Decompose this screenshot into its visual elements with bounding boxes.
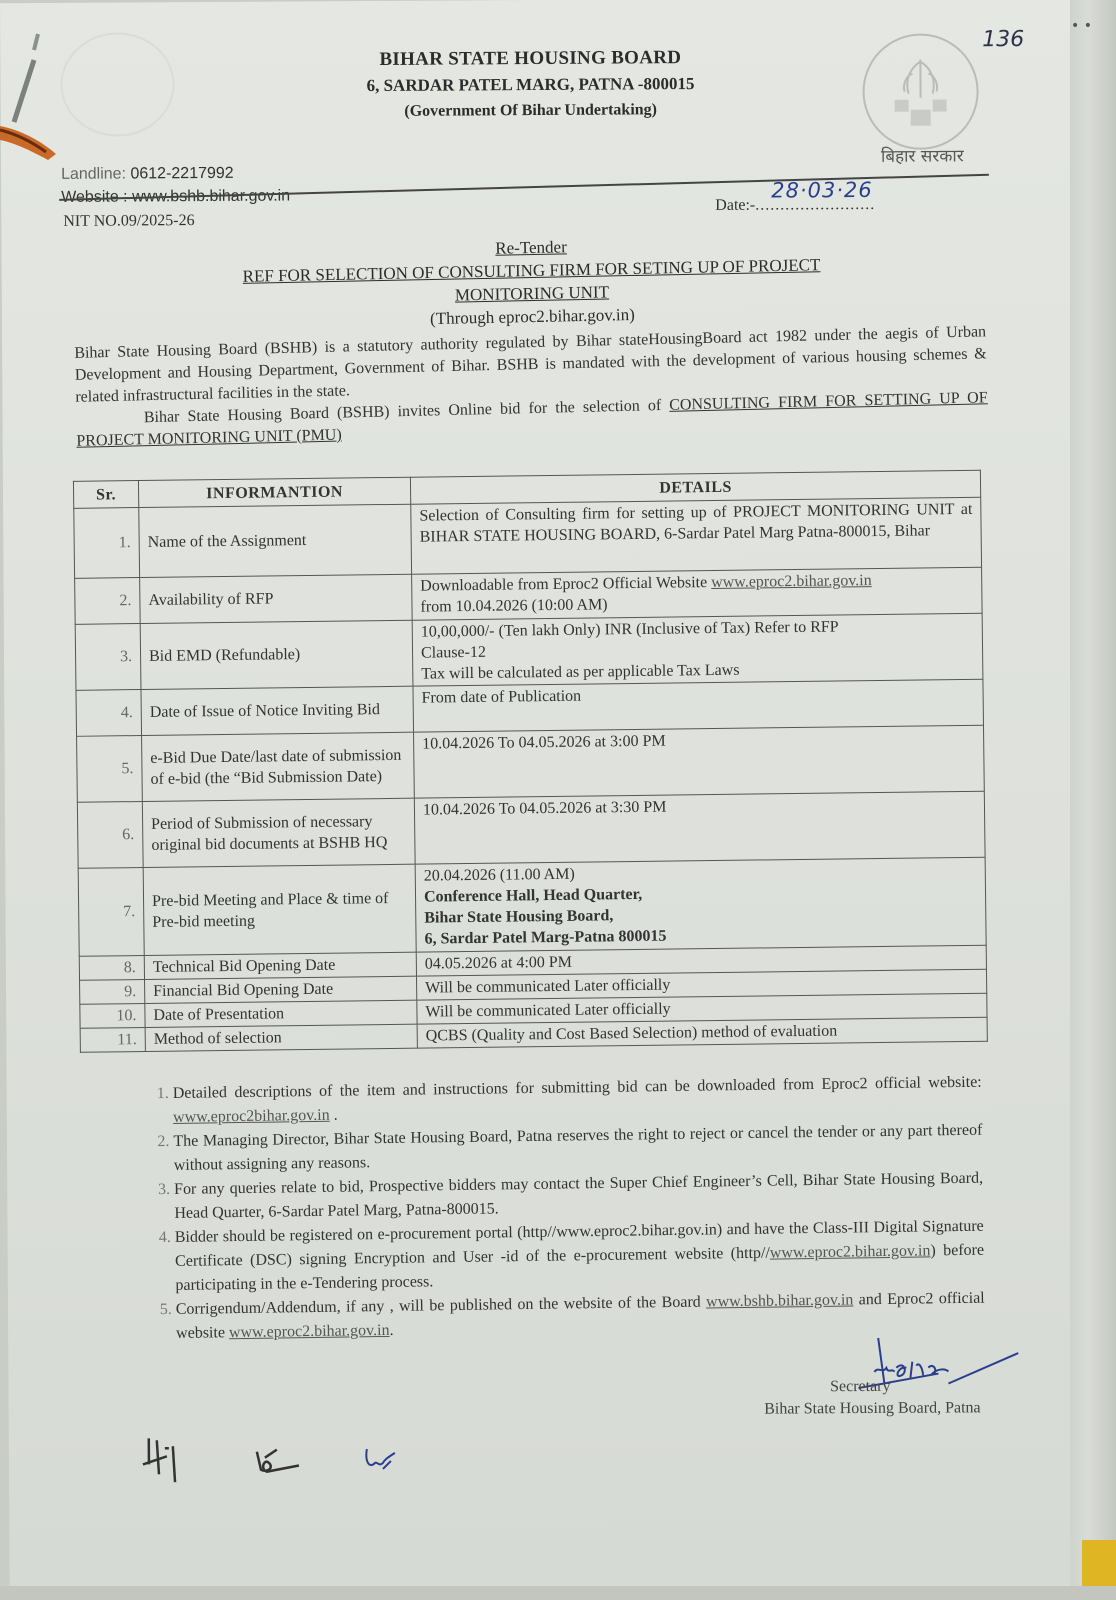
organization-address: 6, SARDAR PATEL MARG, PATNA -800015 — [330, 71, 730, 99]
table-row: 5. e-Bid Due Date/last date of submissio… — [77, 725, 985, 802]
eproc-link[interactable]: www.eproc2.bihar.gov.in — [711, 572, 872, 591]
row-sr: 5. — [77, 736, 143, 803]
organization-name: BIHAR STATE HOUSING BOARD — [330, 45, 730, 73]
row-info: Bid EMD (Refundable) — [140, 620, 413, 689]
row-info: Name of the Assignment — [139, 504, 412, 577]
row-details: 10,00,000/- (Ten lakh Only) INR (Inclusi… — [412, 613, 983, 686]
contact-info: Landline: 0612-2217992 Website : www.bsh… — [61, 162, 290, 209]
nit-number: NIT NO.09/2025-26 — [63, 212, 194, 231]
row-sr: 11. — [80, 1027, 145, 1052]
row-info: Financial Bid Opening Date — [145, 976, 417, 1003]
row-details: 20.04.2026 (11.00 AM) Conference Hall, H… — [415, 857, 986, 952]
row-sr: 7. — [78, 868, 144, 957]
note-suffix: . — [330, 1107, 338, 1124]
bottom-edge — [0, 1586, 1116, 1600]
tender-title: Re-Tender REF FOR SELECTION OF CONSULTIN… — [181, 229, 883, 335]
government-undertaking: (Government Of Bihar Undertaking) — [331, 97, 731, 125]
row-sr: 6. — [77, 802, 143, 869]
document-page: BIHAR STATE HOUSING BOARD 6, SARDAR PATE… — [0, 0, 1080, 1600]
rfp-availability-date: from 10.04.2026 (10:00 AM) — [420, 596, 607, 615]
row-details: From date of Publication — [413, 679, 984, 732]
note-link-2[interactable]: www.eproc2.bihar.gov.in — [229, 1322, 390, 1341]
handwritten-initials-icon — [139, 1433, 439, 1495]
terms-notes: Detailed descriptions of the item and in… — [137, 1071, 986, 1347]
row-sr: 2. — [75, 578, 141, 625]
table-row: 7. Pre-bid Meeting and Place & time of P… — [78, 857, 986, 956]
table-row: 1. Name of the Assignment Selection of C… — [74, 497, 982, 578]
row-info: Method of selection — [145, 1024, 417, 1051]
row-details: Downloadable from Eproc2 Official Websit… — [412, 567, 983, 620]
note-text: Corrigendum/Addendum, if any , will be p… — [176, 1294, 707, 1318]
note-link[interactable]: www.eproc2bihar.gov.in — [173, 1107, 330, 1126]
row-details: 10.04.2026 To 04.05.2026 at 3:30 PM — [414, 791, 985, 864]
note-text: The Managing Director, Bihar State Housi… — [173, 1122, 982, 1174]
row-info: Pre-bid Meeting and Place & time of Pre-… — [143, 864, 416, 955]
date-label: Date:- — [715, 197, 755, 214]
header-sr: Sr. — [73, 481, 138, 509]
row-sr: 1. — [74, 508, 140, 579]
header-information: INFORMANTION — [138, 477, 410, 507]
signatory-block: Secretary Bihar State Housing Board, Pat… — [720, 1375, 980, 1421]
handwritten-page-number: 136 — [982, 27, 1024, 52]
letterhead: BIHAR STATE HOUSING BOARD 6, SARDAR PATE… — [330, 45, 730, 125]
row-sr: 4. — [76, 690, 142, 737]
note-text: For any queries relate to bid, Prospecti… — [174, 1170, 983, 1222]
landline-row: Landline: 0612-2217992 — [61, 162, 290, 186]
emblem-caption: बिहार सरकार — [881, 143, 964, 167]
rfp-details-text: Downloadable from Eproc2 Official Websit… — [420, 574, 711, 595]
row-info: Availability of RFP — [140, 574, 413, 623]
row-info: Technical Bid Opening Date — [144, 952, 416, 979]
row-info: Period of Submission of necessary origin… — [142, 798, 415, 867]
tender-info-table: Sr. INFORMANTION DETAILS 1. Name of the … — [73, 470, 988, 1053]
note-item: Bidder should be registered on e-procure… — [175, 1215, 985, 1298]
row-details: Selection of Consulting firm for setting… — [411, 497, 982, 574]
note-text: Detailed descriptions of the item and in… — [173, 1074, 982, 1102]
signatory-title: Secretary — [720, 1375, 980, 1399]
table-row: 6. Period of Submission of necessary ori… — [77, 791, 985, 868]
table-row: 3. Bid EMD (Refundable) 10,00,000/- (Ten… — [75, 613, 983, 690]
bihar-government-emblem-icon — [862, 33, 979, 150]
landline-number: 0612-2217992 — [130, 165, 233, 183]
faint-board-logo-icon — [60, 32, 175, 137]
corner-marks: • • — [1071, 18, 1092, 34]
row-info: Date of Presentation — [145, 1000, 417, 1027]
introduction: Bihar State Housing Board (BSHB) is a st… — [74, 321, 988, 452]
row-info: Date of Issue of Notice Inviting Bid — [141, 686, 414, 735]
note-suffix-2: . — [389, 1322, 393, 1339]
row-info: e-Bid Due Date/last date of submission o… — [142, 732, 415, 801]
pen-icon — [0, 30, 70, 160]
handwritten-date: 28·03·26 — [771, 178, 873, 203]
signatory-organization: Bihar State Housing Board, Patna — [721, 1397, 981, 1421]
stacked-pages-edge — [1070, 0, 1116, 1600]
note-link[interactable]: www.eproc2.bihar.gov.in — [770, 1242, 931, 1261]
row-sr: 3. — [75, 624, 141, 691]
note-link[interactable]: www.bshb.bihar.gov.in — [706, 1291, 853, 1310]
landline-label: Landline: — [61, 166, 126, 183]
row-sr: 8. — [79, 955, 144, 980]
row-details: 10.04.2026 To 04.05.2026 at 3:00 PM — [414, 725, 985, 798]
row-sr: 10. — [80, 1003, 145, 1028]
row-sr: 9. — [80, 979, 145, 1004]
